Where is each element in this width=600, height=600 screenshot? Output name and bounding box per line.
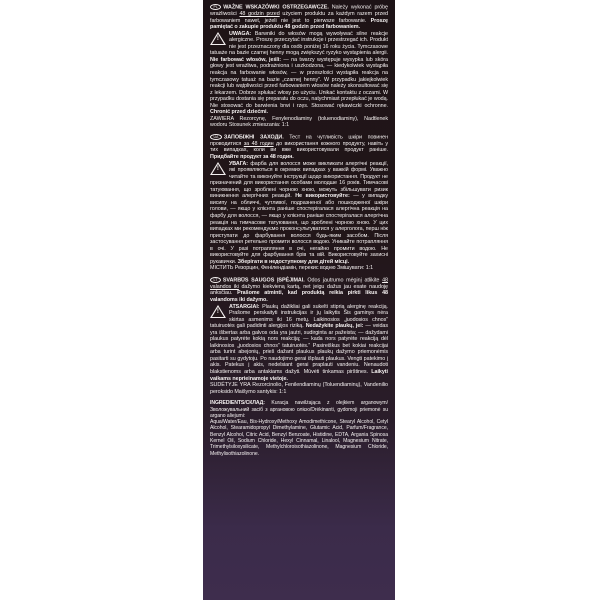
lt-warning: ATSARGIAI: Plaukų dažikliai gali sukelti… <box>210 304 388 383</box>
lt-language-badge: LT <box>210 277 221 283</box>
warning-triangle-icon <box>210 305 226 318</box>
ua-warning: УВАГА: фарба для волосся може викликати … <box>210 161 388 266</box>
ua-title: ЗАПОБІЖНІ ЗАХОДИ. <box>224 134 284 140</box>
ua-contains: МІСТИТЬ Резорцин, Фенілендіамін, перекис… <box>210 265 388 272</box>
ua-language-badge: UA <box>210 134 222 140</box>
pl-language-badge: PL <box>210 4 221 10</box>
warning-triangle-icon <box>210 32 226 45</box>
lt-intro: LTSVARBŪS SAUGOS ĮSPĖJIMAI. Odos jautrum… <box>210 277 388 304</box>
ingredients-list: Aqua/Water/Eau, Bis-Hydroxy/Methoxy Amod… <box>210 419 388 457</box>
product-label-strip: PLWAŻNE WSKAZÓWKI OSTRZEGAWCZE. Należy w… <box>203 0 395 600</box>
pl-contains: ZAWIERA Rezorcynę, Fenylenodiaminy (tolu… <box>210 116 388 129</box>
ingredients-header: INGREDIENTS/СКЛАД: Kuracja nawilżająca z… <box>210 400 388 419</box>
pl-title: WAŻNE WSKAZÓWKI OSTRZEGAWCZE. <box>223 5 328 11</box>
ingredients-label: INGREDIENTS/СКЛАД: <box>210 400 265 406</box>
pl-intro: PLWAŻNE WSKAZÓWKI OSTRZEGAWCZE. Należy w… <box>210 4 388 31</box>
pl-warning: UWAGA: Barwniki do włosów mogą wywoływać… <box>210 31 388 116</box>
lt-title: SVARBŪS SAUGOS ĮSPĖJIMAI. <box>223 277 305 283</box>
lt-contains: SUDĖTYJE YRA Rezorcinolio, Fenilendiamin… <box>210 382 388 395</box>
warning-triangle-icon <box>210 162 226 175</box>
ua-intro: UAЗАПОБІЖНІ ЗАХОДИ. Тест на чутливість ш… <box>210 134 388 161</box>
